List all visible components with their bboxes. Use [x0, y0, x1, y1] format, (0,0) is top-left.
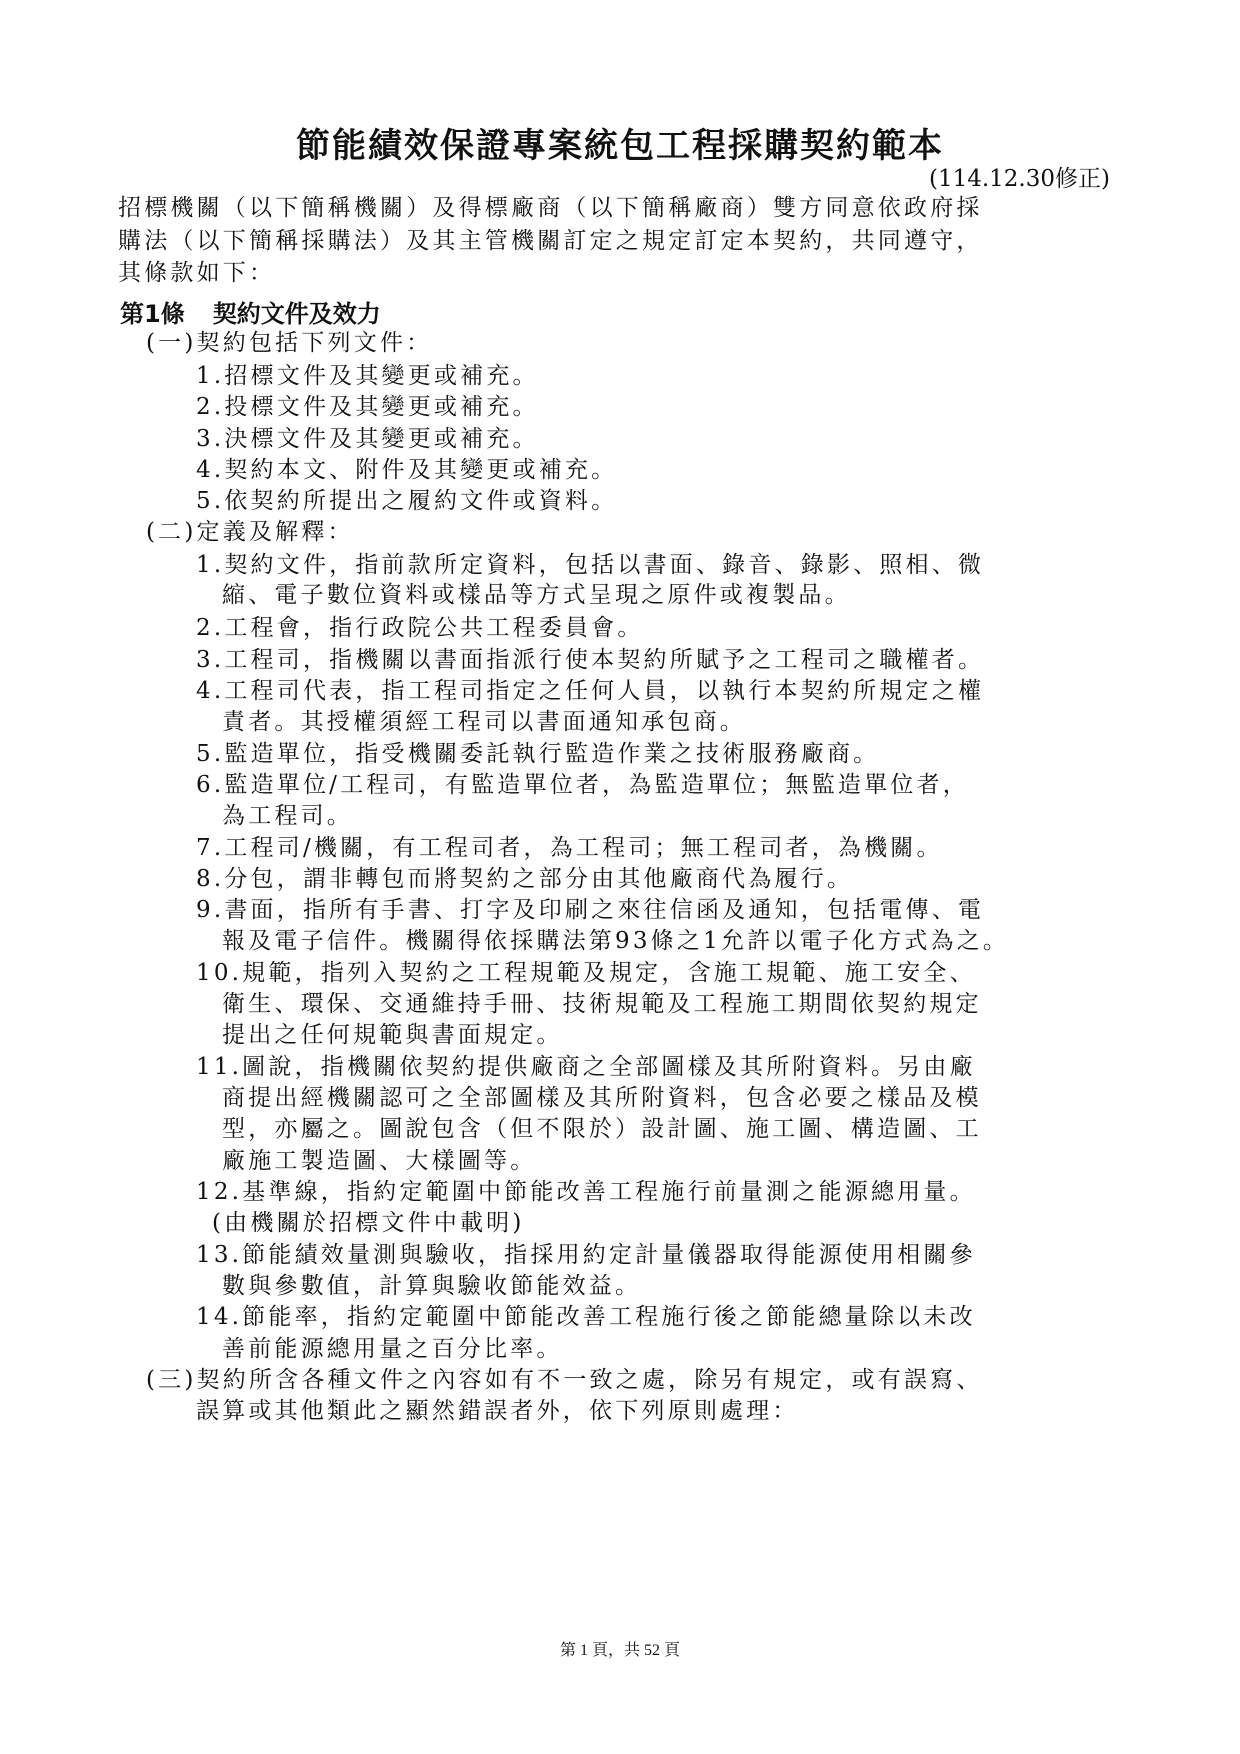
list-item: 4.契約本文、附件及其變更或補充。: [196, 455, 617, 485]
list-item-continuation: 縮、電子數位資料或樣品等方式呈現之原件或複製品。: [222, 580, 851, 610]
revision-date: (114.12.30修正): [929, 160, 1110, 193]
list-item: 8.分包，謂非轉包而將契約之部分由其他廠商代為履行。: [196, 864, 853, 894]
page-number-footer: 第 1 頁，共 52 頁: [0, 1637, 1240, 1660]
list-item-continuation: 為工程司。: [222, 801, 353, 831]
list-item-continuation: (由機關於招標文件中載明): [212, 1208, 525, 1238]
list-item-continuation: 善前能源總用量之百分比率。: [222, 1334, 563, 1364]
list-item: 4.工程司代表，指工程司指定之任何人員，以執行本契約所規定之權: [196, 676, 984, 706]
list-item: 13.節能績效量測與驗收，指採用約定計量儀器取得能源使用相關參: [196, 1240, 976, 1270]
section-label: (二)定義及解釋：: [146, 517, 354, 547]
preamble-line: 招標機關（以下簡稱機關）及得標廠商（以下簡稱廠商）雙方同意依政府採: [118, 193, 983, 223]
article-number: 第1條: [120, 300, 185, 328]
list-item-continuation: 報及電子信件。機關得依採購法第93條之1允許以電子化方式為之。: [222, 926, 1009, 956]
list-item: 14.節能率，指約定範圍中節能改善工程施行後之節能總量除以未改: [196, 1302, 976, 1332]
section-label: (三)契約所含各種文件之內容如有不一致之處，除另有規定，或有誤寫、: [146, 1365, 983, 1395]
list-item-continuation: 廠施工製造圖、大樣圖等。: [222, 1146, 536, 1176]
list-item: 5.依契約所提出之履約文件或資料。: [196, 486, 617, 516]
list-item-continuation: 商提出經機關認可之全部圖樣及其所附資料，包含必要之樣品及模: [222, 1083, 982, 1113]
list-item: 2.投標文件及其變更或補充。: [196, 392, 539, 422]
list-item: 11.圖說，指機關依契約提供廠商之全部圖樣及其所附資料。另由廠: [196, 1052, 976, 1082]
list-item: 1.招標文件及其變更或補充。: [196, 361, 539, 391]
document-page: 節能績效保證專案統包工程採購契約範本 (114.12.30修正) 招標機關（以下…: [0, 0, 1240, 1754]
list-item-continuation: 型，亦屬之。圖說包含（但不限於）設計圖、施工圖、構造圖、工: [222, 1114, 982, 1144]
preamble-line: 購法（以下簡稱採購法）及其主管機關訂定之規定訂定本契約，共同遵守，: [118, 226, 983, 256]
article-heading: 第1條契約文件及效力: [120, 294, 381, 329]
list-item-continuation: 提出之任何規範與書面規定。: [222, 1020, 563, 1050]
list-item: 5.監造單位，指受機關委託執行監造作業之技術服務廠商。: [196, 739, 879, 769]
section-label: (一)契約包括下列文件：: [146, 328, 432, 358]
list-item: 3.工程司，指機關以書面指派行使本契約所賦予之工程司之職權者。: [196, 645, 984, 675]
list-item: 10.規範，指列入契約之工程規範及規定，含施工規範、施工安全、: [196, 958, 976, 988]
list-item-continuation: 責者。其授權須經工程司以書面通知承包商。: [222, 707, 746, 737]
list-item-continuation: 數與參數值，計算與驗收節能效益。: [222, 1271, 641, 1301]
list-item: 6.監造單位/工程司，有監造單位者，為監造單位；無監造單位者，: [196, 770, 969, 800]
list-item: 9.書面，指所有手書、打字及印刷之來往信函及通知，包括電傳、電: [196, 895, 984, 925]
list-item: 7.工程司/機關，有工程司者，為工程司；無工程司者，為機關。: [196, 833, 943, 863]
preamble-line: 其條款如下：: [118, 258, 275, 288]
list-item: 3.決標文件及其變更或補充。: [196, 424, 539, 454]
list-item: 1.契約文件，指前款所定資料，包括以書面、錄音、錄影、照相、微: [196, 550, 984, 580]
section-continuation: 誤算或其他類此之顯然錯誤者外，依下列原則處理：: [196, 1396, 799, 1426]
article-title: 契約文件及效力: [213, 300, 381, 328]
list-item-continuation: 衛生、環保、交通維持手冊、技術規範及工程施工期間依契約規定: [222, 989, 982, 1019]
list-item: 12.基準線，指約定範圍中節能改善工程施行前量測之能源總用量。: [196, 1177, 976, 1207]
list-item: 2.工程會，指行政院公共工程委員會。: [196, 613, 644, 643]
